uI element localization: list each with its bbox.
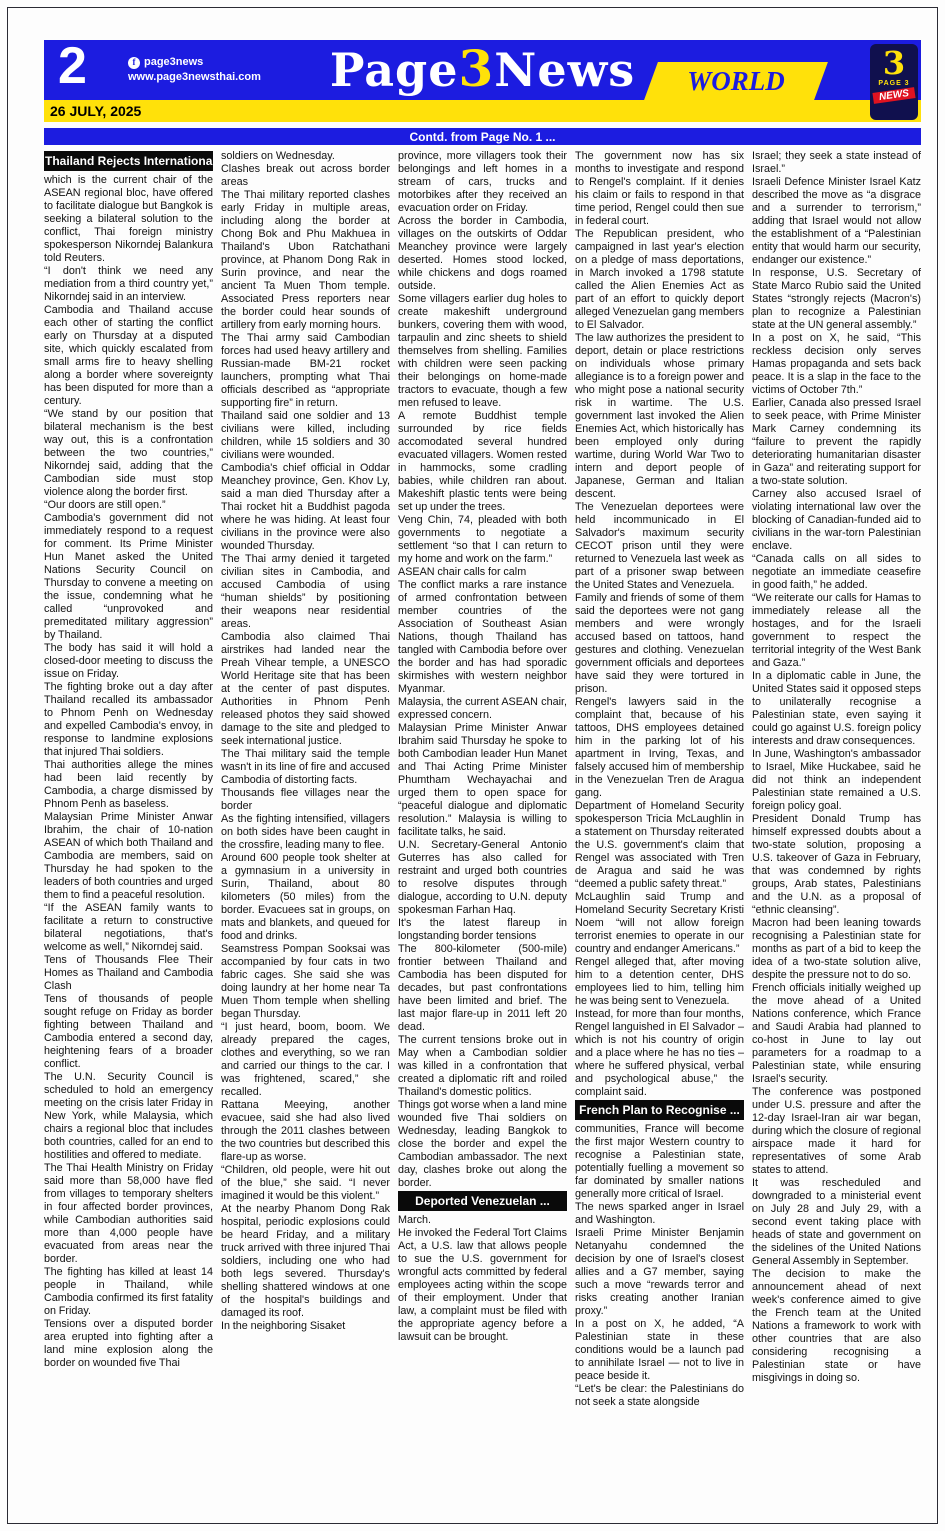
paragraph: March. <box>398 1214 567 1227</box>
paragraph: In a post on X, he said, “This reckless … <box>752 332 921 397</box>
paragraph: U.N. Secretary-General Antonio Guterres … <box>398 839 567 917</box>
paragraph: Cambodia's government did not immediatel… <box>44 512 213 642</box>
paragraph: Rengel alleged that, after moving him to… <box>575 956 744 1008</box>
paragraph: In response, U.S. Secretary of State Mar… <box>752 267 921 332</box>
continued-bar: Contd. from Page No. 1 ... <box>44 128 921 145</box>
paragraph: “I don't think we need any mediation fro… <box>44 265 213 304</box>
paragraph: The government now has six months to inv… <box>575 150 744 228</box>
paragraph: The conflict marks a rare instance of ar… <box>398 579 567 696</box>
section-header: French Plan to Recognise ... <box>575 1100 744 1120</box>
paragraph: ASEAN chair calls for calm <box>398 566 567 579</box>
title-part1: Page <box>330 43 459 97</box>
paragraph: Malaysia, the current ASEAN chair, expre… <box>398 696 567 722</box>
paragraph: The fighting has killed at least 14 peop… <box>44 1266 213 1318</box>
paragraph: “We reiterate our calls for Hamas to imm… <box>752 592 921 670</box>
paragraph: It's the latest flareup in longstanding … <box>398 917 567 943</box>
paragraph: In a post on X, he added, “A Palestinian… <box>575 1318 744 1383</box>
paragraph: Tens of Thousands Flee Their Homes as Th… <box>44 954 213 993</box>
paragraph: Instead, for more than four months, Reng… <box>575 1008 744 1099</box>
paragraph: Carney also accused Israel of violating … <box>752 488 921 553</box>
paragraph: Thousands flee villages near the border <box>221 787 390 813</box>
paragraph: province, more villagers took their belo… <box>398 150 567 215</box>
paragraph: The 800-kilometer (500-mile) frontier be… <box>398 943 567 1034</box>
paragraph: “Our doors are still open.” <box>44 499 213 512</box>
news-column-3: province, more villagers took their belo… <box>398 150 567 1522</box>
paragraph: Some villagers earlier dug holes to crea… <box>398 293 567 410</box>
paragraph: Rattana Meeying, another evacuee, said s… <box>221 1099 390 1164</box>
paragraph: The Thai army denied it targeted civilia… <box>221 553 390 631</box>
continued-label: Contd. from Page No. 1 ... <box>409 130 555 144</box>
paragraph: The law authorizes the president to depo… <box>575 332 744 501</box>
title-accent-3: 3 <box>458 39 494 98</box>
paragraph: He invoked the Federal Tort Claims Act, … <box>398 1227 567 1344</box>
paragraph: Earlier, Canada also pressed Israel to s… <box>752 397 921 488</box>
paragraph: Israeli Prime Minister Benjamin Netanyah… <box>575 1227 744 1318</box>
paragraph: The body has said it will hold a closed-… <box>44 642 213 681</box>
paragraph: Clashes break out across border areas <box>221 163 390 189</box>
logo-news-banner: NEWS <box>872 87 915 104</box>
paragraph: Around 600 people took shelter at a gymn… <box>221 852 390 943</box>
paragraph: Malaysian Prime Minister Anwar Ibrahim s… <box>398 722 567 839</box>
news-column-2: soldiers on Wednesday.Clashes break out … <box>221 150 390 1522</box>
paragraph: “We stand by our position that bilateral… <box>44 408 213 499</box>
paragraph: Israel; they seek a state instead of Isr… <box>752 150 921 176</box>
paragraph: Veng Chin, 74, pleaded with both governm… <box>398 514 567 566</box>
paragraph: “I just heard, boom, boom. We already pr… <box>221 1021 390 1099</box>
paragraph: McLaughlin said Trump and Homeland Secur… <box>575 891 744 956</box>
paragraph: Macron had been leaning towards recognis… <box>752 917 921 982</box>
paragraph: Malaysian Prime Minister Anwar Ibrahim, … <box>44 811 213 902</box>
logo-subtitle: PAGE 3 <box>878 80 909 87</box>
paragraph: Department of Homeland Security spokespe… <box>575 800 744 891</box>
newspaper-page: 2 f page3news www.page3newsthai.com Page… <box>0 0 945 1531</box>
news-column-4: The government now has six months to inv… <box>575 150 744 1522</box>
paragraph: The Thai army said Cambodian forces had … <box>221 332 390 410</box>
paragraph: Cambodia also claimed Thai airstrikes ha… <box>221 631 390 748</box>
paragraph: At the nearby Phanom Dong Rak hospital, … <box>221 1203 390 1320</box>
paragraph: Cambodia and Thailand accuse each other … <box>44 304 213 408</box>
paragraph: In a diplomatic cable in June, the Unite… <box>752 670 921 748</box>
paragraph: Rengel's lawyers said in the complaint t… <box>575 696 744 800</box>
paragraph: The Thai military said the temple wasn't… <box>221 748 390 787</box>
paragraph: Seamstress Pompan Sooksai was accompanie… <box>221 943 390 1021</box>
paragraph: President Donald Trump has himself expre… <box>752 813 921 917</box>
section-header: Thailand Rejects International ... <box>44 151 213 171</box>
paragraph: In June, Washington's ambassador to Isra… <box>752 748 921 813</box>
paragraph: The conference was postponed under U.S. … <box>752 1086 921 1177</box>
paragraph: Israeli Defence Minister Israel Katz des… <box>752 176 921 267</box>
paragraph: “Canada calls on all sides to negotiate … <box>752 553 921 592</box>
paragraph: It was rescheduled and downgraded to a m… <box>752 1177 921 1268</box>
article-columns: Thailand Rejects International ...which … <box>44 150 921 1522</box>
paragraph: Across the border in Cambodia, villages … <box>398 215 567 293</box>
paragraph: The Venezuelan deportees were held incom… <box>575 501 744 592</box>
news-column-1: Thailand Rejects International ...which … <box>44 150 213 1522</box>
paragraph: which is the current chair of the ASEAN … <box>44 174 213 265</box>
paragraph: French officials initially weighed up th… <box>752 982 921 1086</box>
paragraph: soldiers on Wednesday. <box>221 150 390 163</box>
logo-number: 3 <box>883 46 905 80</box>
paragraph: The fighting broke out a day after Thail… <box>44 681 213 759</box>
section-header: Deported Venezuelan ... <box>398 1191 567 1211</box>
page3-logo: 3 PAGE 3 NEWS <box>870 44 918 120</box>
date-strip: 26 JULY, 2025 <box>44 100 921 122</box>
paragraph: Family and friends of some of them said … <box>575 592 744 696</box>
paragraph: “Let's be clear: the Palestinians do not… <box>575 1383 744 1409</box>
paragraph: Things got worse when a land mine wounde… <box>398 1099 567 1190</box>
masthead-banner: 2 f page3news www.page3newsthai.com Page… <box>44 40 921 100</box>
paragraph: Tens of thousands of people sought refug… <box>44 993 213 1071</box>
paragraph: Thai authorities allege the mines had be… <box>44 759 213 811</box>
paragraph: A remote Buddhist temple surrounded by r… <box>398 410 567 514</box>
paragraph: communities, France will become the firs… <box>575 1123 744 1201</box>
paragraph: Tensions over a disputed border area eru… <box>44 1318 213 1370</box>
paragraph: The decision to make the announcement ah… <box>752 1268 921 1385</box>
title-part2: News <box>494 43 635 97</box>
paragraph: The current tensions broke out in May wh… <box>398 1034 567 1099</box>
paragraph: As the fighting intensified, villagers o… <box>221 813 390 852</box>
paragraph: The Thai military reported clashes early… <box>221 189 390 332</box>
issue-date: 26 JULY, 2025 <box>44 100 921 122</box>
section-ribbon: WORLD <box>644 62 828 100</box>
paragraph: The U.N. Security Council is scheduled t… <box>44 1071 213 1162</box>
paragraph: The Thai Health Ministry on Friday said … <box>44 1162 213 1266</box>
paragraph: Thailand said one soldier and 13 civilia… <box>221 410 390 462</box>
section-label: WORLD <box>651 62 821 100</box>
paragraph: The news sparked anger in Israel and Was… <box>575 1201 744 1227</box>
paragraph: Cambodia's chief official in Oddar Meanc… <box>221 462 390 553</box>
news-column-5: Israel; they seek a state instead of Isr… <box>752 150 921 1522</box>
paragraph: “Children, old people, were hit out of t… <box>221 1164 390 1203</box>
paragraph: The Republican president, who campaigned… <box>575 228 744 332</box>
paragraph: In the neighboring Sisaket <box>221 1320 390 1333</box>
paragraph: “If the ASEAN family wants to facilitate… <box>44 902 213 954</box>
